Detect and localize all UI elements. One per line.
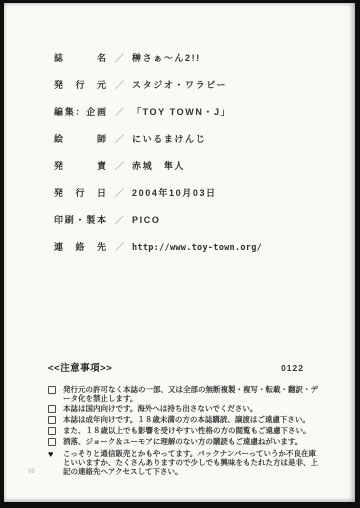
- notices-header: <<注意事項>> 0122: [48, 360, 318, 374]
- colophon-row-label: 発行元: [54, 78, 106, 91]
- notice-item: 本誌は成年向けです。１８歳未満の方の本誌購読、譲渡はご遠慮下さい。: [48, 415, 318, 426]
- slash-separator: ／: [115, 78, 124, 91]
- colophon-row-value: 2004年10月03日: [132, 186, 217, 199]
- colophon-row-label: 絵師: [54, 132, 106, 145]
- notices-section: <<注意事項>> 0122 発行元の許可なく本誌の一部、又は全部の無断複製・複写…: [48, 360, 318, 477]
- notice-item-text: 発行元の許可なく本誌の一部、又は全部の無断複製・複写・転載・翻訳・データ化を禁止…: [63, 385, 318, 404]
- colophon-row-value: にいるまけんじ: [132, 132, 206, 145]
- slash-separator: ／: [115, 240, 124, 253]
- colophon-row: 発責 ／ 赤城 隼人: [54, 159, 325, 186]
- notices-title: <<注意事項>>: [48, 360, 112, 374]
- scanned-page: 誌名 ／ 榊さぁ～ん2!! 発行元 ／ スタジオ・ワラビー 編集：企画 ／ 「T…: [4, 3, 355, 502]
- colophon-row: 発行日 ／ 2004年10月03日: [54, 186, 325, 213]
- colophon-row-label: 印刷・製本: [54, 213, 106, 226]
- colophon-row: 編集：企画 ／ 「TOY TOWN・J」: [54, 105, 325, 132]
- colophon-row-label: 編集：企画: [54, 105, 106, 118]
- colophon-row-label: 発責: [54, 159, 106, 172]
- notice-item: ♥ こっそりと通信販売とかもやってます。バックナンバーっていうか不良在庫といいま…: [48, 449, 318, 477]
- notice-item: 洒落、ジョーク＆ユーモアに理解のない方の購読もご遠慮ねがいます。: [48, 437, 318, 448]
- checkbox-icon: [48, 437, 63, 448]
- checkbox-icon: [48, 426, 63, 437]
- notice-item-text: 洒落、ジョーク＆ユーモアに理解のない方の購読もご遠慮ねがいます。: [63, 437, 318, 446]
- colophon-row: 発行元 ／ スタジオ・ワラビー: [54, 78, 325, 105]
- colophon-row-label: 誌名: [54, 51, 106, 64]
- colophon-row-value: スタジオ・ワラビー: [132, 78, 227, 91]
- colophon-block: 誌名 ／ 榊さぁ～ん2!! 発行元 ／ スタジオ・ワラビー 編集：企画 ／ 「T…: [54, 51, 325, 267]
- slash-separator: ／: [115, 51, 124, 64]
- notice-item-text: 本誌は国内向けです。海外へは持ち出さないでください。: [63, 404, 318, 413]
- colophon-row-value: PICO: [132, 215, 160, 225]
- colophon-row-value: 赤城 隼人: [132, 159, 185, 172]
- heart-icon: ♥: [48, 449, 63, 459]
- colophon-row: 誌名 ／ 榊さぁ～ん2!!: [54, 51, 325, 78]
- colophon-row: 絵師 ／ にいるまけんじ: [54, 132, 325, 159]
- notice-item: 本誌は国内向けです。海外へは持ち出さないでください。: [48, 404, 318, 415]
- notice-item-text: 本誌は成年向けです。１８歳未満の方の本誌購読、譲渡はご遠慮下さい。: [63, 415, 318, 424]
- scan-background: 誌名 ／ 榊さぁ～ん2!! 発行元 ／ スタジオ・ワラビー 編集：企画 ／ 「T…: [0, 0, 360, 508]
- slash-separator: ／: [115, 159, 124, 172]
- notice-item: また、１８歳以上でも影響を受けやすい性格の方の閲覧もご遠慮下さい。: [48, 426, 318, 437]
- slash-separator: ／: [115, 132, 124, 145]
- notices-code-number: 0122: [281, 363, 304, 373]
- notice-item-text: こっそりと通信販売とかもやってます。バックナンバーっていうか不良在庫といいますか…: [63, 449, 318, 477]
- checkbox-icon: [48, 404, 63, 415]
- colophon-row: 印刷・製本 ／ PICO: [54, 213, 325, 240]
- page-number: 96: [28, 469, 35, 475]
- colophon-row: 連絡先 ／ http://www.toy-town.org/: [54, 240, 325, 267]
- notice-item: 発行元の許可なく本誌の一部、又は全部の無断複製・複写・転載・翻訳・データ化を禁止…: [48, 385, 318, 404]
- slash-separator: ／: [115, 213, 124, 226]
- colophon-row-label: 発行日: [54, 186, 106, 199]
- checkbox-icon: [48, 415, 63, 426]
- colophon-row-value: 榊さぁ～ん2!!: [132, 51, 201, 64]
- colophon-row-value: 「TOY TOWN・J」: [132, 105, 231, 118]
- slash-separator: ／: [115, 105, 124, 118]
- colophon-row-label: 連絡先: [54, 240, 106, 253]
- slash-separator: ／: [115, 186, 124, 199]
- notice-list: 発行元の許可なく本誌の一部、又は全部の無断複製・複写・転載・翻訳・データ化を禁止…: [48, 385, 318, 477]
- checkbox-icon: [48, 385, 63, 396]
- colophon-row-value: http://www.toy-town.org/: [132, 243, 262, 253]
- notice-item-text: また、１８歳以上でも影響を受けやすい性格の方の閲覧もご遠慮下さい。: [63, 426, 318, 435]
